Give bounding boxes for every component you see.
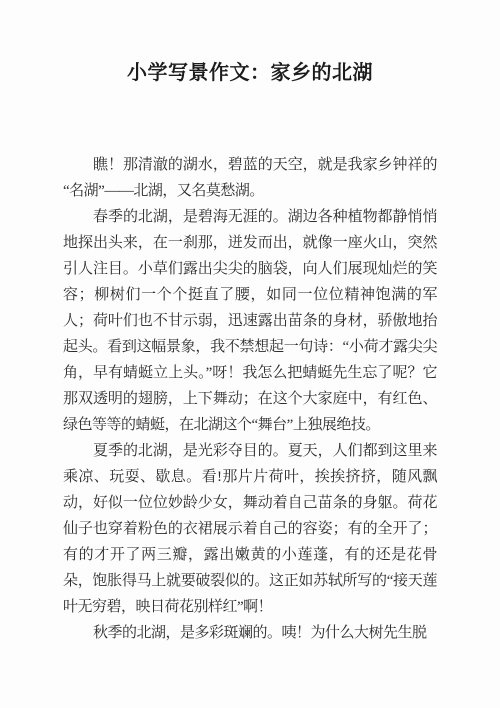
paragraph: 春季的北湖，是碧海无涯的。湖边各种植物都静悄悄地探出头来，在一刹那，迸发而出，就… (63, 204, 437, 438)
document-page: 小学写景作文：家乡的北湖 瞧！那清澈的湖水，碧蓝的天空，就是我家乡钟祥的“名湖”… (0, 0, 500, 708)
paragraph: 瞧！那清澈的湖水，碧蓝的天空，就是我家乡钟祥的“名湖”——北湖，又名莫愁湖。 (63, 152, 437, 204)
paragraph: 夏季的北湖，是光彩夺目的。夏天，人们都到这里来乘凉、玩耍、歇息。看!那片片荷叶，… (63, 438, 437, 620)
paragraph: 秋季的北湖，是多彩斑斓的。咦！为什么大树先生脱 (63, 620, 437, 646)
document-body: 瞧！那清澈的湖水，碧蓝的天空，就是我家乡钟祥的“名湖”——北湖，又名莫愁湖。春季… (63, 152, 437, 646)
document-title: 小学写景作文：家乡的北湖 (63, 58, 437, 88)
